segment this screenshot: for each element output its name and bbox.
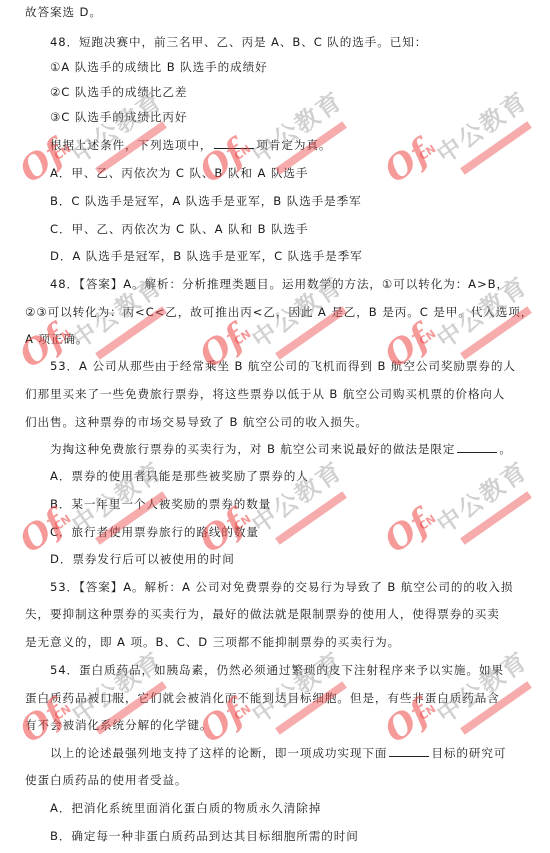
watermark-cn: CN <box>417 327 439 348</box>
prompt-post: 。 <box>499 442 512 456</box>
watermark-brand: 中公教育 <box>428 451 533 539</box>
question-54-line-3: 有不会被消化系统分解的化学键。 <box>25 717 212 733</box>
prompt-pre: 以上的论述最强列地支持了这样的论断，即一项成功实现下面 <box>50 746 387 760</box>
answer-48-line-1: 48．【答案】A。解析：分析推理类题目。运用数学的方法，①可以转化为：A>B， <box>50 276 509 292</box>
answer-53-line-2: 失，要抑制这种票券的买卖行为，最好的做法就是限制票券的使用人，使得票券的买卖 <box>25 606 500 622</box>
answer-blank <box>457 441 497 453</box>
condition-1: ①A 队选手的成绩比 B 队选手的成绩好 <box>50 59 268 75</box>
watermark-logo-icon: Of <box>378 133 437 191</box>
question-54-line-1: 54．蛋白质药品，如胰岛素，仍然必须通过繁琐的皮下注射程序来予以实施。如果 <box>50 662 504 678</box>
question-54-line-2: 蛋白质药品被口服，它们就会被消化而不能到达目标细胞。但是，有些非蛋白质药品含 <box>25 690 500 706</box>
answer-conclusion: 故答案选 D。 <box>25 4 102 20</box>
condition-3: ③C 队选手的成绩比丙好 <box>50 109 187 125</box>
watermark-brand: 中公教育 <box>243 81 348 169</box>
option-d: D．票券发行后可以被使用的时间 <box>50 551 235 567</box>
option-b: B．确定每一种非蛋白质药品到达其目标细胞所需的时间 <box>50 828 359 844</box>
answer-48-line-2: ②③可以转化为：丙<C<乙，故可推出丙<乙，因此 A 是乙，B 是丙。C 是甲。… <box>25 304 533 320</box>
watermark-brand: 中公教育 <box>243 641 348 729</box>
watermark-brand: 中公教育 <box>428 81 533 169</box>
question-53-prompt: 为掏这种免费旅行票券的买卖行为，对 B 航空公司来说最好的做法是限定。 <box>50 441 512 457</box>
option-b: B．C 队选手是冠军，A 队选手是亚军，B 队选手是季军 <box>50 193 362 209</box>
watermark-cn: CN <box>232 327 254 348</box>
question-54-prompt-cont: 使蛋白质药品的使用者受益。 <box>25 772 187 788</box>
watermark-logo-icon: Of <box>378 503 437 561</box>
option-a: A．票券的使用者只能是那些被奖励了票券的人 <box>50 468 309 484</box>
answer-53-line-3: 是无意义的，即 A 项。B、C、D 三项都不能抑制票券的买卖行为。 <box>25 634 400 650</box>
answer-48-line-3: A 项正确。 <box>25 331 88 347</box>
question-53-line-2: 们那里买来了一些免费旅行票券，将这些票券以低于从 B 航空公司购买机票的价格向人 <box>25 386 505 402</box>
question-48-prompt: 根据上述条件，下列选项中，项肯定为真。 <box>50 137 331 153</box>
question-48-stem: 48．短跑决赛中，前三名甲、乙、丙是 A、B、C 队的选手。已知： <box>50 34 427 50</box>
answer-blank <box>389 745 429 757</box>
watermark: 中公教育OfCN <box>385 470 550 560</box>
prompt-pre: 根据上述条件，下列选项中， <box>50 138 212 152</box>
option-a: A．把消化系统里面消化蛋白质的物质永久清除掉 <box>50 800 321 816</box>
watermark-brand: 中公教育 <box>428 641 533 729</box>
answer-blank <box>214 137 254 149</box>
watermark-cn: CN <box>417 512 439 533</box>
watermark-bar <box>460 121 532 175</box>
watermark-cn: CN <box>417 142 439 163</box>
document-page: 故答案选 D。 48．短跑决赛中，前三名甲、乙、丙是 A、B、C 队的选手。已知… <box>0 0 550 853</box>
watermark: 中公教育OfCN <box>385 100 550 190</box>
option-c: C．甲、乙、丙依次为 C 队、A 队和 B 队选手 <box>50 221 309 237</box>
option-c: C．旅行者使用票券旅行的路线的数量 <box>50 524 259 540</box>
option-d: D．A 队选手是冠军，B 队选手是亚军，C 队选手是季军 <box>50 248 363 264</box>
question-53-line-3: 们出售。这种票券的市场交易导致了 B 航空公司的收入损失。 <box>25 414 368 430</box>
condition-2: ②C 队选手的成绩比乙差 <box>50 84 187 100</box>
prompt-post: 项肯定为真。 <box>256 138 331 152</box>
prompt-pre: 为掏这种免费旅行票券的买卖行为，对 B 航空公司来说最好的做法是限定 <box>50 442 455 456</box>
option-b: B．某一年里一个人被奖励的票券的数量 <box>50 496 271 512</box>
question-53-line-1: 53．A 公司从那些由于经常乘坐 B 航空公司的飞机而得到 B 航空公司奖励票券… <box>50 358 516 374</box>
watermark-bar <box>275 491 347 545</box>
watermark-bar <box>460 491 532 545</box>
option-a: A．甲、乙、丙依次为 C 队、B 队和 A 队选手 <box>50 165 308 181</box>
answer-53-line-1: 53．【答案】A。解析：A 公司对免费票券的交易行为导致了 B 航空公司的的收入… <box>50 579 513 595</box>
question-54-prompt: 以上的论述最强列地支持了这样的论断，即一项成功实现下面目标的研究可 <box>50 745 506 761</box>
prompt-post: 目标的研究可 <box>431 746 506 760</box>
